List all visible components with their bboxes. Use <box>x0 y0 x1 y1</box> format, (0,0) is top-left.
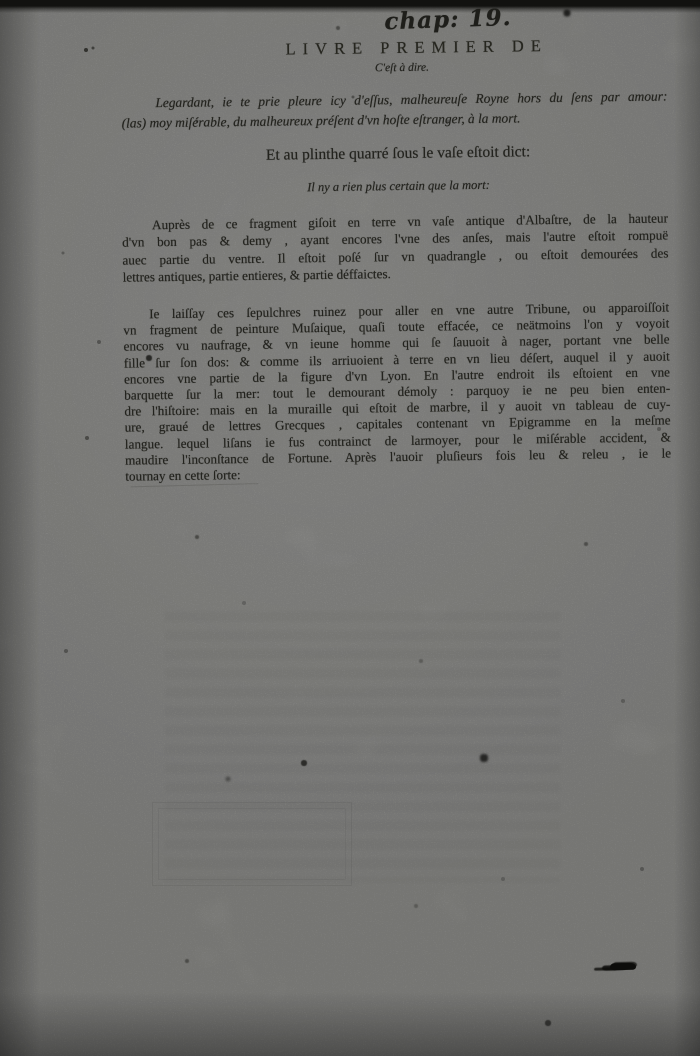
handwritten-chapter-number: chap: 19. <box>384 1 585 35</box>
scanned-book-page: chap: 19. LIVRE PREMIER DE C'eſt à dire.… <box>0 0 700 1056</box>
running-header: LIVRE PREMIER DE <box>117 34 700 62</box>
foxing-specks <box>0 0 2 2</box>
epigraph-verse: Legardant, ie te prie pleure icy d'eſſus… <box>121 86 667 133</box>
ink-smudge-mark <box>610 963 636 971</box>
translation-note: C'eſt à dire. <box>107 58 697 78</box>
paragraph-vase: Auprès de ce fragment giſoit en terre vn… <box>122 209 669 285</box>
paragraph-tribune: Ie laiſſay ces ſepulchres ruinez pour al… <box>123 299 671 484</box>
motto-line: Il ny a rien plus certain que la mort: <box>118 175 678 197</box>
page-content: chap: 19. LIVRE PREMIER DE C'eſt à dire.… <box>0 0 700 1056</box>
plinth-caption: Et au plinthe quarré ſous le vaſe eſtoit… <box>118 141 678 166</box>
